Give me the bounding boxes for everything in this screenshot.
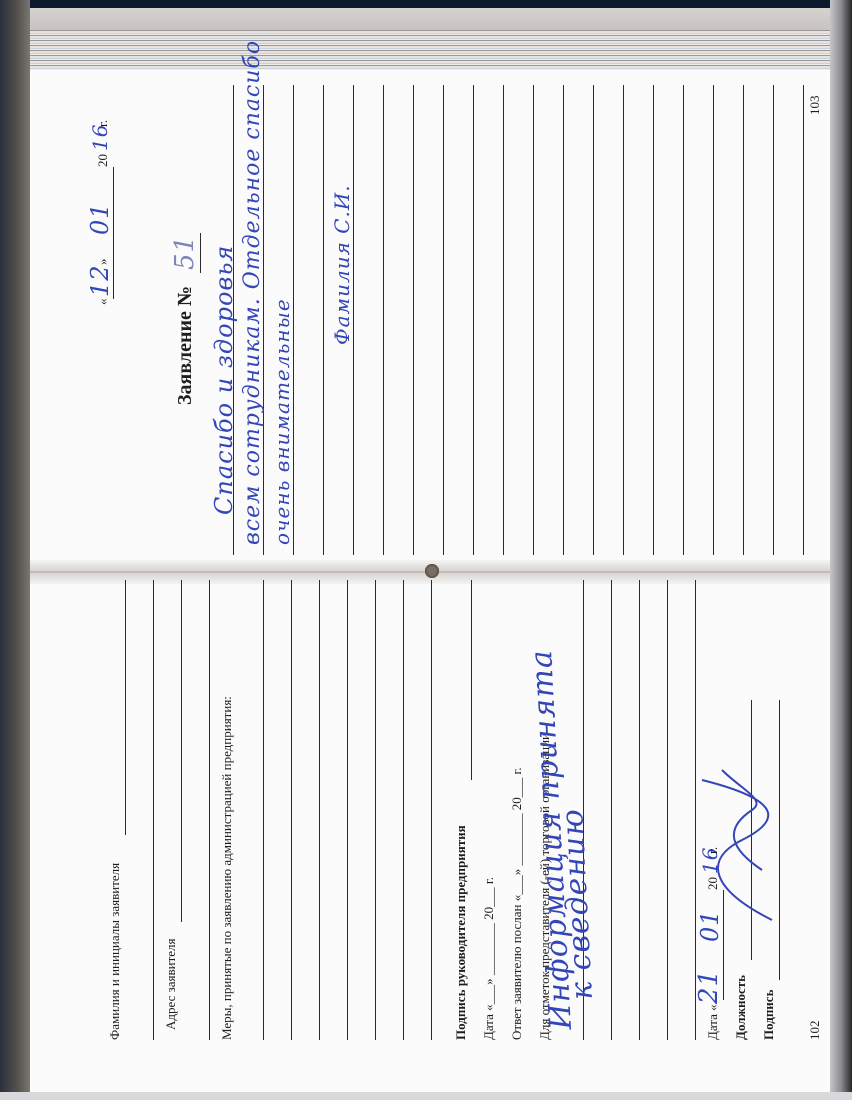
statement-number: 51 bbox=[170, 235, 200, 270]
applicant-name-field[interactable] bbox=[125, 580, 126, 835]
measures-line[interactable] bbox=[291, 580, 292, 1040]
handwritten-line-1: Спасибо и здоровья bbox=[210, 245, 238, 515]
date-row: Дата «___» ________ 20___ г. bbox=[474, 580, 500, 1040]
measures-line[interactable] bbox=[319, 580, 320, 1040]
statement-line[interactable] bbox=[443, 85, 444, 555]
measures-label: Меры, принятые по заявлению администраци… bbox=[219, 696, 235, 1040]
page-102: Фамилия и инициалы заявителя Адрес заяви… bbox=[82, 580, 842, 1040]
measures-line[interactable] bbox=[431, 580, 432, 1040]
manager-signature-row: Подпись руководителя предприятия bbox=[446, 580, 472, 1040]
statement-line[interactable] bbox=[623, 85, 624, 555]
applicant-name-label: Фамилия и инициалы заявителя bbox=[107, 863, 123, 1040]
statement-line[interactable] bbox=[413, 85, 414, 555]
date-suffix: г. bbox=[95, 120, 111, 127]
statement-line[interactable] bbox=[473, 85, 474, 555]
measures-line[interactable] bbox=[375, 580, 376, 1040]
bottom-date-day: 21 bbox=[694, 969, 724, 1004]
book-cover-edge bbox=[30, 8, 842, 31]
reply-sent-row: Ответ заявителю послан «___» ________ 20… bbox=[502, 580, 528, 1040]
statement-line[interactable] bbox=[503, 85, 504, 555]
statement-line[interactable] bbox=[383, 85, 384, 555]
page-103: « 12 » 01 20 16 г. Заявление № 51 Спасиб… bbox=[82, 85, 842, 555]
handwritten-line-2: всем сотрудникам. Отдельное спасибо bbox=[240, 40, 265, 545]
statement-line[interactable] bbox=[713, 85, 714, 555]
signature-label: Подпись bbox=[761, 990, 777, 1040]
scanner-edge-bottom bbox=[0, 1092, 852, 1100]
notes-line[interactable] bbox=[667, 580, 668, 1040]
page-stack-edge bbox=[30, 30, 842, 70]
date-month: 01 bbox=[86, 202, 114, 235]
date-year-prefix: 20 bbox=[95, 154, 111, 167]
statement-line[interactable] bbox=[773, 85, 774, 555]
binding-hole bbox=[425, 564, 439, 578]
statement-line[interactable] bbox=[743, 85, 744, 555]
date-label: Дата «___» ________ 20___ г. bbox=[481, 877, 497, 1040]
statement-number-field[interactable] bbox=[200, 233, 201, 273]
date-open-quote: « bbox=[95, 299, 111, 306]
page-number-102: 102 bbox=[807, 1021, 823, 1041]
statement-line[interactable] bbox=[533, 85, 534, 555]
reply-sent-label: Ответ заявителю послан «___» ________ 20… bbox=[509, 767, 525, 1040]
blank-rule bbox=[153, 580, 154, 1040]
statement-line[interactable] bbox=[563, 85, 564, 555]
measures-line[interactable] bbox=[347, 580, 348, 1040]
notes-line[interactable] bbox=[639, 580, 640, 1040]
applicant-address-field[interactable] bbox=[181, 580, 182, 922]
manager-signature-label: Подпись руководителя предприятия bbox=[453, 825, 469, 1040]
handwritten-line-4: Фамилия С.И. bbox=[330, 184, 354, 345]
date-close-quote: » bbox=[95, 259, 111, 266]
applicant-address-label: Адрес заявителя bbox=[163, 938, 179, 1030]
statement-date-row: « 12 » 01 20 16 г. bbox=[88, 85, 114, 555]
measures-line[interactable] bbox=[403, 580, 404, 1040]
handwritten-line-3: очень внимательные bbox=[270, 298, 294, 545]
scanner-edge-left bbox=[0, 0, 30, 1100]
statement-line[interactable] bbox=[653, 85, 654, 555]
manager-signature-field[interactable] bbox=[471, 580, 472, 780]
notes-line[interactable] bbox=[611, 580, 612, 1040]
statement-line[interactable] bbox=[323, 85, 324, 555]
date-year: 16 bbox=[88, 124, 112, 151]
applicant-address-row: Адрес заявителя bbox=[156, 580, 182, 1040]
statement-line[interactable] bbox=[803, 85, 804, 555]
statement-title: Заявление № bbox=[174, 286, 197, 405]
handwritten-signature bbox=[682, 760, 792, 930]
position-label: Должность bbox=[733, 975, 749, 1040]
applicant-name-row: Фамилия и инициалы заявителя bbox=[100, 580, 126, 1040]
measures-line[interactable] bbox=[263, 580, 264, 1040]
statement-line[interactable] bbox=[683, 85, 684, 555]
page-number-103: 103 bbox=[807, 96, 823, 116]
date-day: 12 bbox=[86, 264, 114, 297]
statement-line[interactable] bbox=[593, 85, 594, 555]
bottom-date-prefix: Дата « bbox=[705, 1004, 721, 1040]
measures-row: Меры, принятые по заявлению администраци… bbox=[212, 580, 238, 1040]
blank-rule bbox=[209, 580, 210, 1040]
statement-date-field[interactable] bbox=[113, 167, 114, 299]
